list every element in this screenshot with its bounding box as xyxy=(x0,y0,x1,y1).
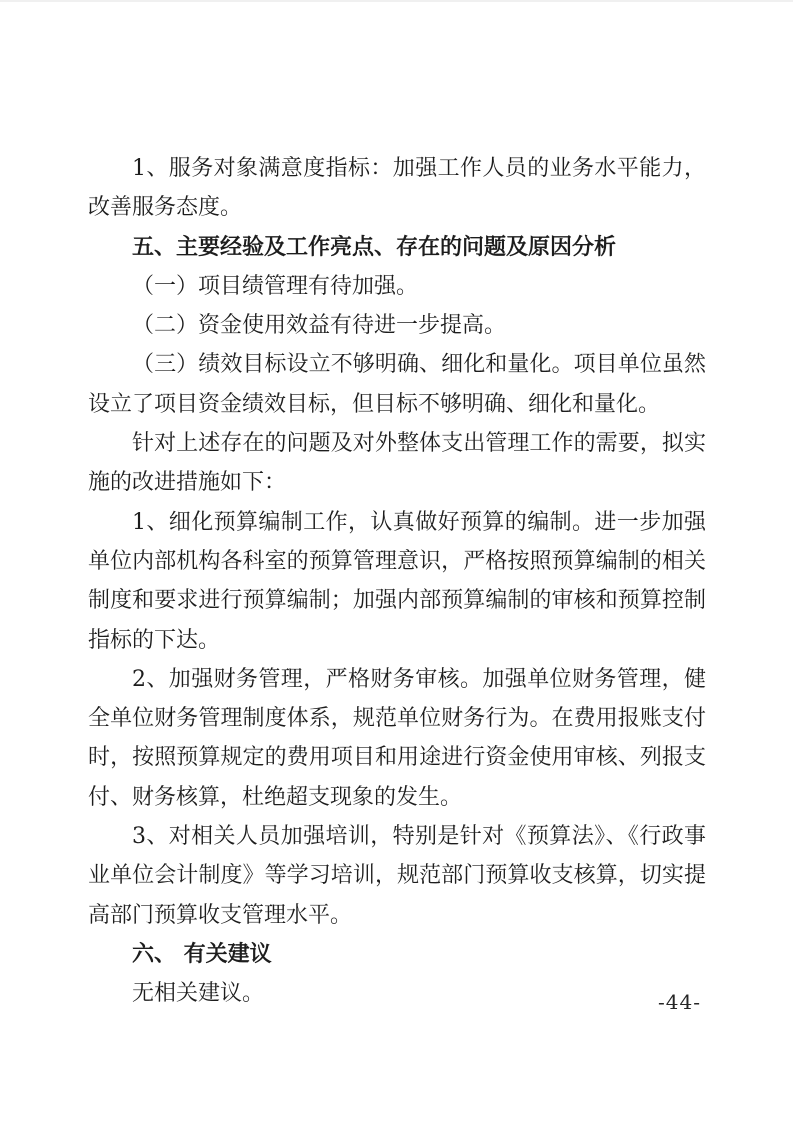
paragraph: 3、对相关人员加强培训，特别是针对《预算法》、《行政事业单位会计制度》等学习培训… xyxy=(88,817,706,935)
document-body: 1、服务对象满意度指标：加强工作人员的业务水平能力，改善服务态度。五、主要经验及… xyxy=(88,149,706,1014)
section-heading: 五、主要经验及工作亮点、存在的问题及原因分析 xyxy=(88,228,706,267)
paragraph: 无相关建议。 xyxy=(88,974,706,1013)
document-page: 1、服务对象满意度指标：加强工作人员的业务水平能力，改善服务态度。五、主要经验及… xyxy=(0,0,793,1122)
paragraph: 2、加强财务管理，严格财务审核。加强单位财务管理，健全单位财务管理制度体系，规范… xyxy=(88,660,706,817)
section-heading: 六、 有关建议 xyxy=(88,935,706,974)
paragraph: （一）项目绩管理有待加强。 xyxy=(88,267,706,306)
paragraph: （三）绩效目标设立不够明确、细化和量化。项目单位虽然设立了项目资金绩效目标，但目… xyxy=(88,345,706,424)
paragraph: （二）资金使用效益有待进一步提高。 xyxy=(88,306,706,345)
paragraph: 针对上述存在的问题及对外整体支出管理工作的需要，拟实施的改进措施如下： xyxy=(88,424,706,503)
paragraph: 1、服务对象满意度指标：加强工作人员的业务水平能力，改善服务态度。 xyxy=(88,149,706,228)
page-number: -44- xyxy=(658,988,701,1016)
paragraph: 1、细化预算编制工作，认真做好预算的编制。进一步加强单位内部机构各科室的预算管理… xyxy=(88,503,706,660)
